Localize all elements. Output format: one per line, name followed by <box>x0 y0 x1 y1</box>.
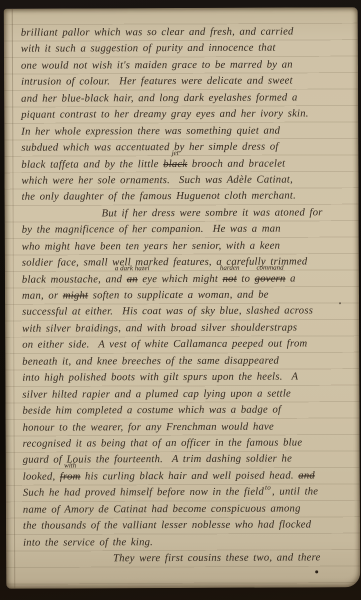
manuscript-line: beside him completed a costume which was… <box>22 402 353 420</box>
manuscript-line: brilliant pallor which was so clear and … <box>21 24 352 42</box>
manuscript-line: name of Amory de Catinat had become cons… <box>23 501 354 519</box>
manuscript-text-segment: and her blue-black hair, and long dark e… <box>21 92 297 104</box>
correction: governcommand <box>255 271 286 288</box>
manuscript-text-segment: , until the <box>272 487 318 498</box>
manuscript-line: successful at either. His coat was of sk… <box>22 304 353 322</box>
ink-speck <box>339 302 341 304</box>
manuscript-text: brilliant pallor which was so clear and … <box>21 24 354 588</box>
manuscript-line: on either side. A vest of white Callaman… <box>22 337 353 355</box>
manuscript-text-segment: one would not wish it's maiden grace to … <box>21 59 293 71</box>
manuscript-text-segment: name of Amory de Catinat had become cons… <box>23 503 301 515</box>
manuscript-text-segment: with it such a suggestion of purity and … <box>21 43 276 55</box>
manuscript-line: In her whole expression there was someth… <box>21 123 352 141</box>
manuscript-line: into the service of the king. <box>23 534 354 552</box>
manuscript-line: by the magnificence of her companion. He… <box>22 222 353 240</box>
manuscript-text-segment: by the magnificence of her companion. He… <box>22 224 281 236</box>
correction: blackjet <box>163 156 187 173</box>
manuscript-text-segment: eye which might <box>138 273 223 284</box>
manuscript-line: man, or might soften to supplicate a wom… <box>22 287 353 305</box>
manuscript-text-segment: black taffeta and by the little <box>21 159 163 171</box>
manuscript-page: brilliant pallor which was so clear and … <box>4 7 361 589</box>
manuscript-line: recognised it as being that of an office… <box>23 435 354 453</box>
manuscript-line: beneath it, and knee breeches of the sam… <box>22 353 353 371</box>
manuscript-line: Such he had proved himself before now in… <box>23 485 354 503</box>
manuscript-text-segment: black moustache, and <box>22 274 127 285</box>
manuscript-line: which were her sole ornaments. Such was … <box>21 172 352 190</box>
manuscript-text-segment: to <box>237 273 255 284</box>
struck-word: and <box>298 470 315 481</box>
manuscript-line: subdued which was accentuated by her sim… <box>21 139 352 157</box>
correction: notharden <box>223 271 237 288</box>
manuscript-line: one would not wish it's maiden grace to … <box>21 57 352 75</box>
struck-word: govern <box>255 273 286 284</box>
manuscript-line: soldier face, small well marked features… <box>22 254 353 272</box>
manuscript-text-segment: intrusion of colour. Her features were d… <box>21 76 293 88</box>
manuscript-text-segment: soften to supplicate a woman, and be <box>88 290 269 302</box>
inserted-word: jet <box>172 150 179 157</box>
manuscript-text-segment: the thousands of the valliant lesser nob… <box>23 520 311 532</box>
manuscript-line: But if her dress were sombre it was aton… <box>22 205 353 223</box>
manuscript-line: piquant contrast to her dreamy gray eyes… <box>21 106 352 124</box>
manuscript-text-segment: into the service of the king. <box>23 537 153 549</box>
ink-speck <box>315 570 318 573</box>
manuscript-text-segment: silver hilted rapier and a plumed cap ly… <box>22 388 291 400</box>
manuscript-line: who might have been ten years her senior… <box>22 238 353 256</box>
struck-word: from <box>60 471 81 482</box>
manuscript-text-segment: In her whole expression there was someth… <box>21 125 280 137</box>
inserted-word: harden <box>220 265 240 272</box>
manuscript-line: black taffeta and by the little blackjet… <box>21 156 352 174</box>
manuscript-text-segment: a <box>286 273 296 284</box>
manuscript-line: black moustache, and ana dark hazel eye … <box>22 271 353 289</box>
manuscript-line: looked, fromwith his curling black hair … <box>23 468 354 486</box>
manuscript-text-segment: subdued which was accentuated by her sim… <box>21 142 278 154</box>
manuscript-line: silver hilted rapier and a plumed cap ly… <box>22 386 353 404</box>
struck-word: an <box>127 274 138 285</box>
manuscript-text-segment: guard of Louis the fourteenth. A trim da… <box>23 454 292 466</box>
photo-background: brilliant pallor which was so clear and … <box>0 0 361 600</box>
correction: and <box>298 468 315 485</box>
manuscript-line: intrusion of colour. Her features were d… <box>21 74 352 92</box>
manuscript-text-segment: recognised it as being that of an office… <box>23 437 303 449</box>
manuscript-line: with silver braidings, and with broad si… <box>22 320 353 338</box>
page-crease <box>12 9 16 589</box>
inserted-word: with <box>64 463 76 470</box>
manuscript-line: the thousands of the valliant lesser nob… <box>23 517 354 535</box>
correction: fromwith <box>60 469 81 486</box>
manuscript-line: and her blue-black hair, and long dark e… <box>21 90 352 108</box>
inserted-word: a dark hazel <box>115 265 150 272</box>
manuscript-text-segment: the only daughter of the famous Huguenot… <box>22 191 296 203</box>
manuscript-text-segment: who might have been ten years her senior… <box>22 240 280 252</box>
struck-word: might <box>63 290 88 301</box>
manuscript-text-segment: looked, <box>23 471 60 482</box>
inserted-word: command <box>256 265 283 272</box>
manuscript-line: They were first cousins these two, and t… <box>23 550 354 568</box>
manuscript-text-segment: beneath it, and knee breeches of the sam… <box>22 355 279 367</box>
manuscript-line: with it such a suggestion of purity and … <box>21 41 352 59</box>
manuscript-text-segment: man, or <box>22 291 63 302</box>
manuscript-text-segment: But if her dress were sombre it was aton… <box>102 207 323 219</box>
inserted-word: to <box>265 485 271 492</box>
manuscript-text-segment: with silver braidings, and with broad si… <box>22 322 297 334</box>
struck-word: black <box>163 158 187 169</box>
manuscript-text-segment: into high polished boots with gilt spurs… <box>22 372 298 384</box>
manuscript-text-segment: his curling black hair and well poised h… <box>81 470 299 482</box>
manuscript-line: honour to the wearer, for any Frenchman … <box>23 419 354 437</box>
correction: might <box>63 288 88 305</box>
correction: ana dark hazel <box>127 272 138 289</box>
manuscript-text-segment: They were first cousins these two, and t… <box>113 552 320 564</box>
manuscript-line: into high polished boots with gilt spurs… <box>22 369 353 387</box>
manuscript-text-segment: brooch and bracelet <box>187 158 285 169</box>
manuscript-text-segment: which were her sole ornaments. Such was … <box>21 174 293 186</box>
manuscript-text-segment: beside him completed a costume which was… <box>22 405 281 417</box>
manuscript-text-segment: on either side. A vest of white Callaman… <box>22 339 307 351</box>
manuscript-text-segment: piquant contrast to her dreamy gray eyes… <box>21 109 309 121</box>
manuscript-text-segment: successful at either. His coat was of sk… <box>22 306 313 318</box>
manuscript-text-segment: honour to the wearer, for any Frenchman … <box>23 421 274 433</box>
manuscript-text-segment: brilliant pallor which was so clear and … <box>21 27 294 39</box>
manuscript-line: the only daughter of the famous Huguenot… <box>22 189 353 207</box>
manuscript-text-segment: Such he had proved himself before now in… <box>23 487 264 499</box>
struck-word: not <box>223 273 237 284</box>
